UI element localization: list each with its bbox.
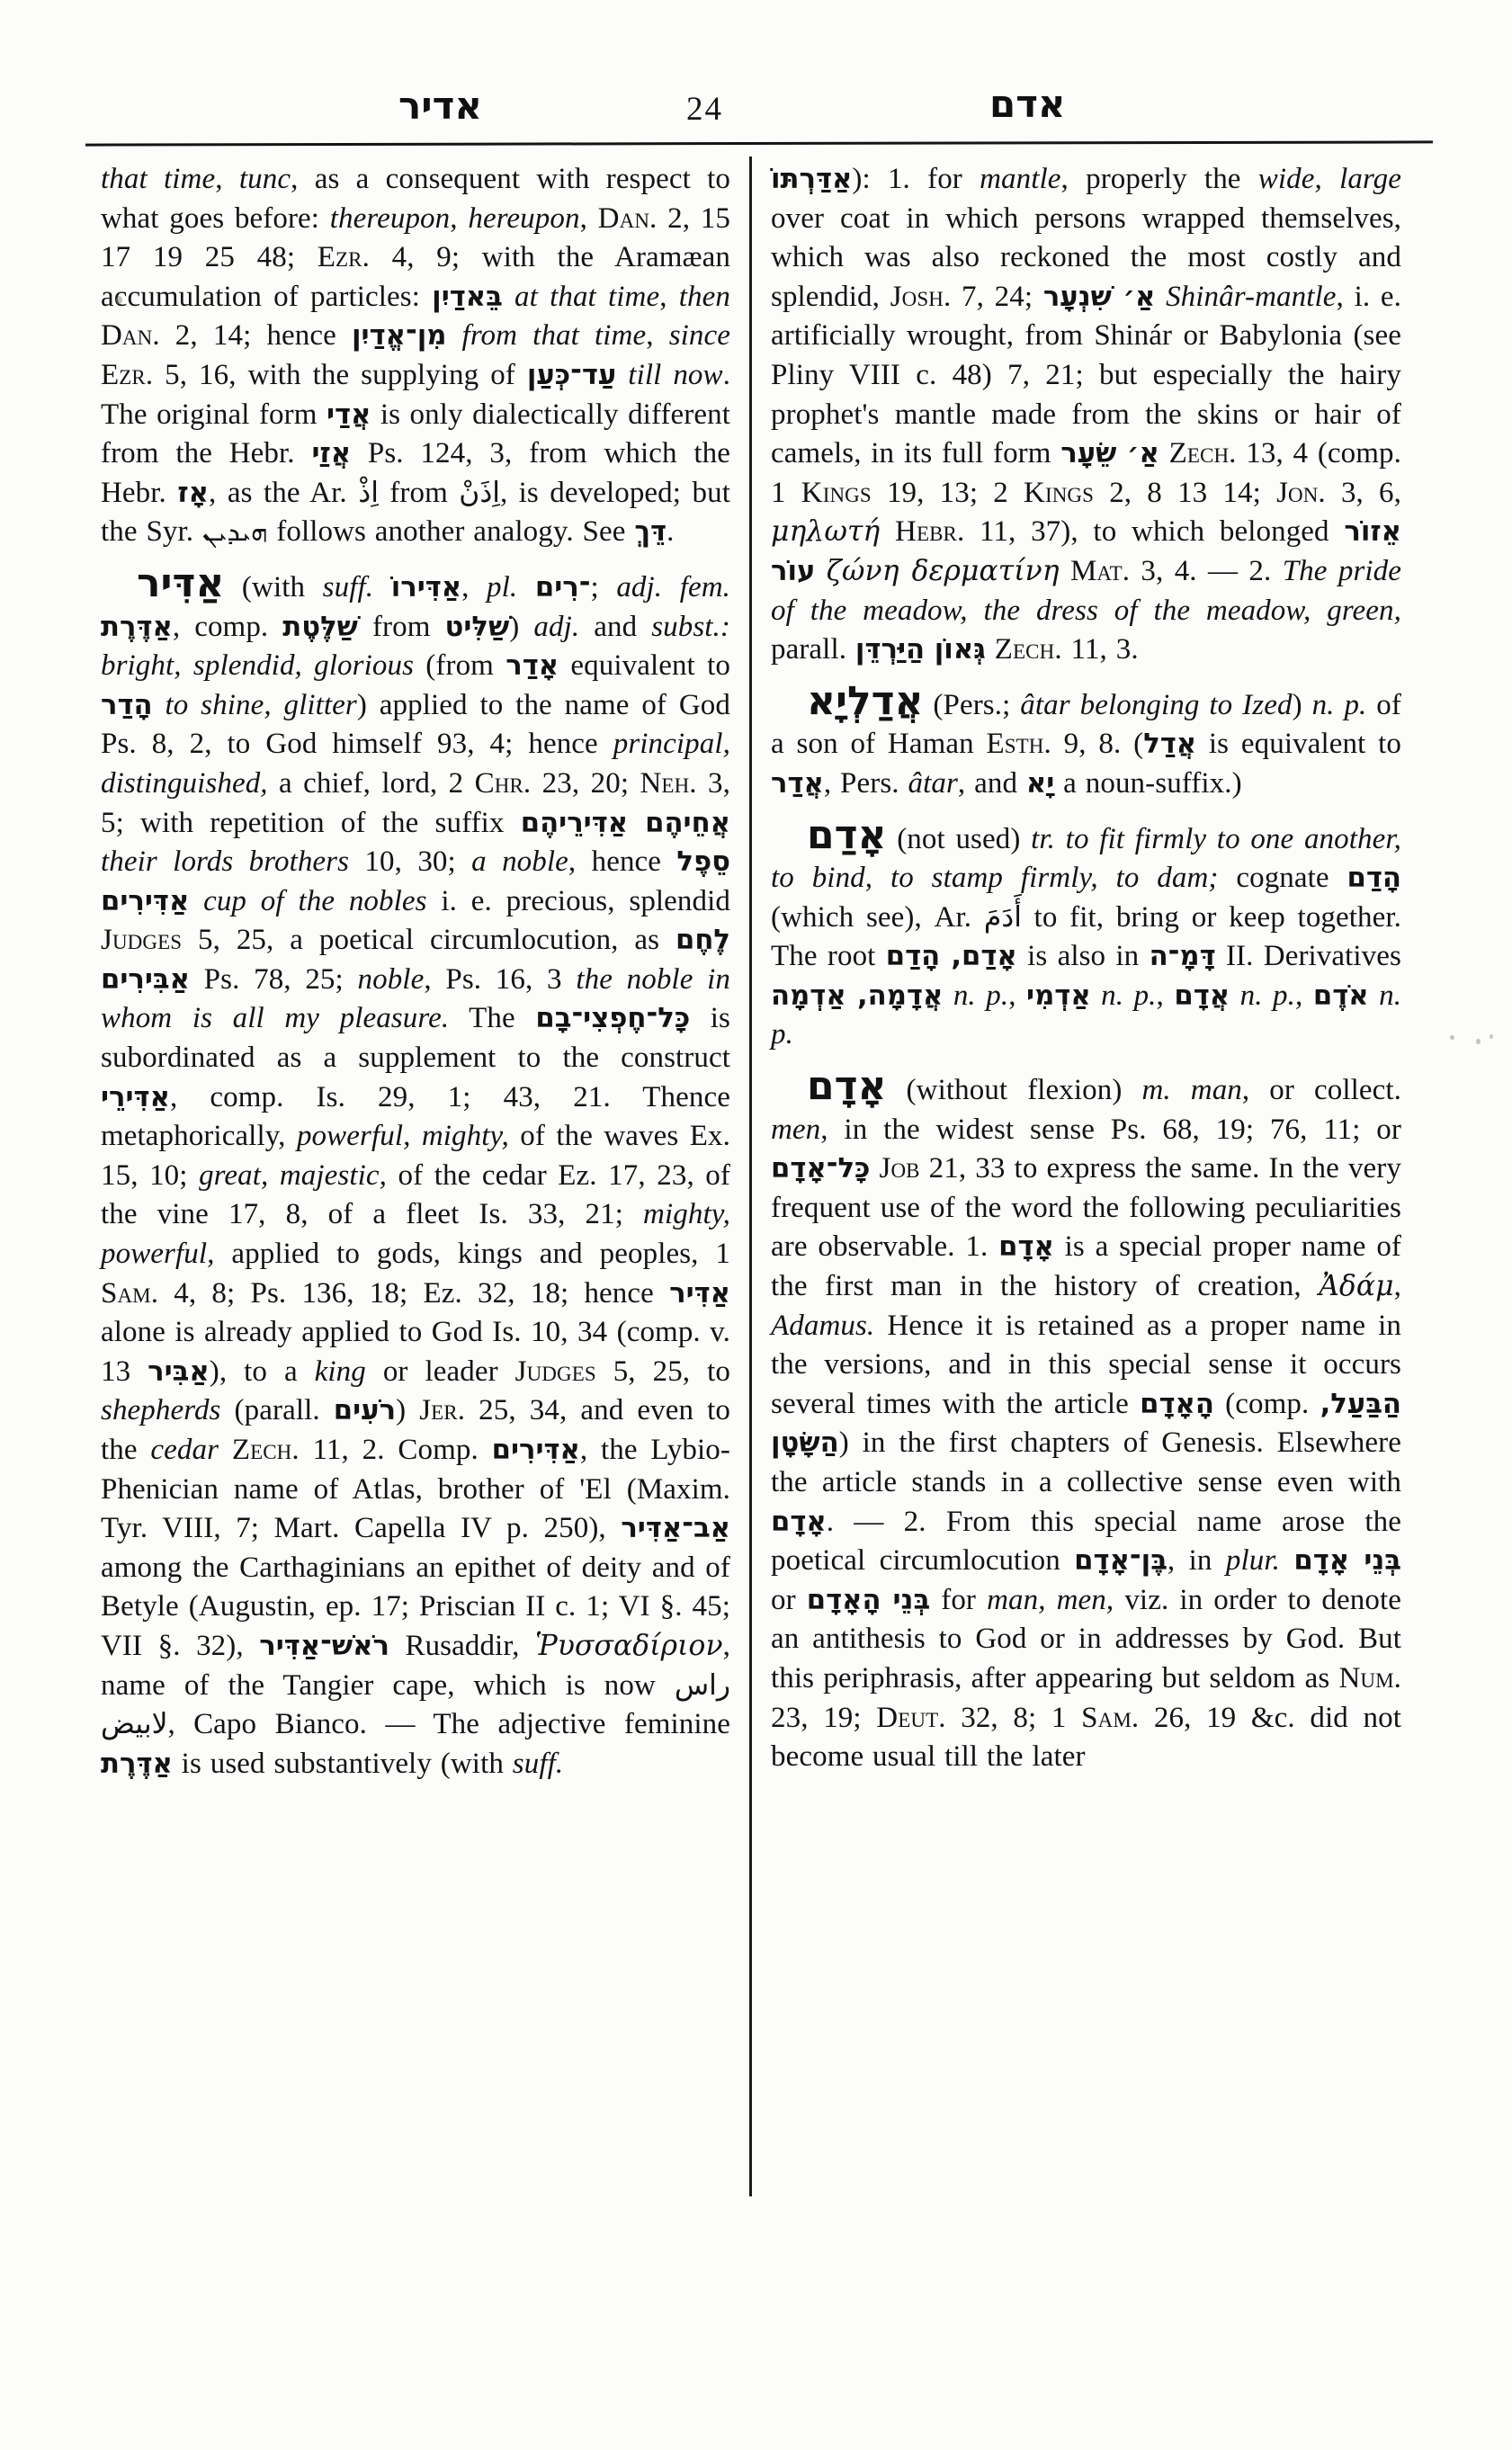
hebrew-word: אַדֶּרֶת <box>101 1748 173 1780</box>
running-head-right-keyword: אדם <box>989 82 1066 126</box>
text-run <box>1139 862 1157 894</box>
hebrew-word: אֲדַל <box>1143 729 1196 760</box>
hebrew-headword: אֲדַלְיָא <box>807 678 924 724</box>
book-reference: Neh. <box>640 767 697 800</box>
text-run: suff. <box>323 571 373 604</box>
text-run: is used substantively (with <box>173 1748 513 1780</box>
text-run: 3, 4. — 2. <box>1130 555 1283 587</box>
hebrew-word: אָדַם, הָדַם <box>886 941 1017 972</box>
book-reference: Judges <box>515 1355 596 1388</box>
book-reference: Job <box>880 1152 920 1185</box>
hebrew-word: אָדָם <box>771 1507 827 1538</box>
text-run: subst.: <box>651 611 730 643</box>
text-run: 9, 8. ( <box>1051 728 1143 760</box>
hebrew-word: אָדַר <box>505 650 559 682</box>
hebrew-word: אָז <box>177 478 209 509</box>
text-run: till now <box>628 359 722 391</box>
text-run: pl. <box>487 571 517 604</box>
text-run: , <box>659 281 679 313</box>
book-reference: Chr. <box>475 767 532 800</box>
text-run <box>153 689 166 721</box>
text-run: , in the widest sense Ps. 68, 19; 76, 11… <box>820 1113 1401 1146</box>
text-run: i. e. precious, splendid <box>427 885 730 917</box>
scan-speck <box>1476 1039 1481 1044</box>
text-run: men <box>771 1113 820 1146</box>
book-reference: Josh. <box>890 281 952 313</box>
text-run: , <box>646 319 668 352</box>
scan-speck <box>1490 1034 1493 1039</box>
hebrew-word: הָאָדָם <box>1140 1389 1214 1420</box>
text-run: The <box>449 1002 535 1034</box>
syriac-word: ܗܝܕܝܢ <box>202 516 268 548</box>
header-rule <box>85 140 1433 146</box>
text-run: n. p. <box>953 979 1008 1012</box>
text-run: âtar <box>908 767 958 800</box>
text-run: plur. <box>1226 1544 1280 1577</box>
hebrew-word: אַדִּיר <box>669 1278 730 1310</box>
text-run: (Pers.; <box>924 689 1021 721</box>
hebrew-word: שַׁלֶּטֶת <box>282 612 358 643</box>
text-run: n. p. <box>1312 689 1367 721</box>
entry-paragraph: אֲדַלְיָא (Pers.; âtar belonging to Ized… <box>771 682 1401 804</box>
text-run: Adamus. <box>771 1310 874 1342</box>
text-run: (not used) <box>887 823 1032 855</box>
text-run: , <box>1394 1270 1401 1302</box>
text-run: , and <box>958 767 1026 800</box>
book-reference: Kings <box>801 477 872 509</box>
text-run: , as the Ar. <box>209 477 358 509</box>
text-run: equivalent to <box>559 649 730 682</box>
book-reference: Jer. <box>419 1394 465 1426</box>
greek-word: μηλωτή <box>771 515 880 548</box>
hebrew-word: רֹעִים <box>334 1395 396 1426</box>
hebrew-word: אָדָם <box>998 1231 1054 1263</box>
hebrew-word: אַדִּירוֹ <box>391 572 461 604</box>
text-run: , Pers. <box>824 767 908 800</box>
text-run: ) in the first chapters of Genesis. Else… <box>771 1426 1401 1498</box>
text-run: (parall. <box>221 1394 334 1426</box>
text-run <box>815 555 826 587</box>
text-run: 3, 6, <box>1326 477 1401 509</box>
text-run <box>1369 979 1379 1012</box>
text-run: , Ps. 16, 3 <box>424 963 576 996</box>
text-run: , <box>1157 979 1175 1012</box>
text-run: , <box>461 571 487 604</box>
text-run: n. p. <box>1101 979 1156 1012</box>
hebrew-word: בְּנֵי אָדָם <box>1293 1545 1401 1577</box>
text-run: king <box>315 1355 366 1388</box>
text-run: 2, 14; hence <box>160 319 352 352</box>
hebrew-headword: אָדַם <box>807 812 887 858</box>
text-run: cognate <box>1219 862 1347 894</box>
text-run: 11, 2. Comp. <box>300 1434 492 1466</box>
text-run: great, majestic, <box>199 1159 387 1192</box>
book-reference: Deut. <box>876 1702 945 1734</box>
entry-paragraph: אָדָם (without flexion) m. man, or colle… <box>771 1067 1401 1777</box>
text-run: noble <box>358 963 425 996</box>
text-run: 19, 13; 2 <box>872 477 1024 509</box>
text-run: 5, 25, to <box>596 1355 730 1388</box>
arabic-word: اِذْ <box>358 477 379 509</box>
text-run: 2, 8 13 14; <box>1094 477 1276 509</box>
text-run: , <box>215 163 239 195</box>
text-run: applied to gods, kings and peoples, 1 <box>215 1238 731 1270</box>
text-run: ) <box>396 1394 419 1426</box>
hebrew-word: יָא <box>1026 768 1054 800</box>
page-number: 24 <box>686 90 723 129</box>
text-run: , <box>1008 979 1026 1012</box>
text-run: and <box>579 611 651 643</box>
text-run: mantle <box>980 163 1060 195</box>
hebrew-word: אַדְמִי <box>1026 980 1091 1012</box>
hebrew-word: אֲדָם <box>1174 980 1230 1012</box>
scan-speck <box>116 296 122 304</box>
text-run: . <box>667 515 674 548</box>
text-run <box>446 319 461 352</box>
scan-speck <box>1450 1035 1454 1040</box>
hebrew-word: אַב־אַדִּיר <box>621 1513 730 1544</box>
text-run: for <box>930 1584 987 1616</box>
hebrew-word: בְּנֵי הָאָדָם <box>807 1585 930 1616</box>
text-run: , <box>580 202 598 235</box>
text-run: , comp. <box>173 611 282 643</box>
text-run: (which see), Ar. <box>771 901 984 934</box>
text-run: 4, 8; Ps. 136, 18; Ez. 32, 18; hence <box>158 1277 669 1310</box>
hebrew-word: כָּל־חֶפְצִי־בָם <box>535 1003 690 1034</box>
text-run: Ps. 78, 25; <box>190 963 358 996</box>
text-run <box>1159 437 1169 469</box>
hebrew-word: דָּמָ־ה <box>1150 941 1216 972</box>
text-run: 11, 3. <box>1062 633 1139 666</box>
text-run: or leader <box>366 1355 515 1388</box>
book-reference: Kings <box>1024 477 1094 509</box>
text-run: âtar belonging to Ized <box>1020 689 1292 721</box>
hebrew-word: רֹאשׁ־אַדִּיר <box>259 1631 389 1662</box>
greek-word: Ἀδάμ <box>1319 1270 1393 1302</box>
book-reference: Dan. <box>101 319 160 352</box>
text-run: suff. <box>513 1748 563 1780</box>
text-run: II. Derivatives <box>1216 940 1401 972</box>
hebrew-word: אֲחֵיהֶם אַדִּירֵיהֶם <box>521 808 730 839</box>
book-reference: Zech. <box>995 633 1062 666</box>
text-run: 7, 24; <box>951 281 1043 313</box>
hebrew-word: אַ׳ שִׁנְעָר <box>1043 282 1156 313</box>
hebrew-word: אֲזַי <box>311 438 351 469</box>
book-reference: Zech. <box>1169 437 1237 469</box>
left-column: that time, tunc, as a consequent with re… <box>101 160 730 1784</box>
hebrew-word: גְּאוֹן הַיַּרְדֵּן <box>855 634 986 666</box>
text-run: to shine, glitter <box>165 689 356 721</box>
hebrew-word: שַׁלִּיט <box>445 612 510 643</box>
text-run: ): 1. for <box>852 163 980 195</box>
text-run: ), to a <box>210 1355 315 1388</box>
entry-paragraph: אָדַם (not used) tr. to fit firmly to on… <box>771 816 1401 1056</box>
hebrew-word: אַדַּרְתּוֹ <box>771 164 852 195</box>
hebrew-word: מִן־אֱדַיִן <box>352 320 446 352</box>
text-run: dam; <box>1157 862 1218 894</box>
hebrew-headword: אַדִּיר <box>137 560 224 606</box>
text-run <box>1230 979 1239 1012</box>
text-run: , <box>450 202 468 235</box>
hebrew-word: בֶּן־אָדָם <box>1074 1545 1168 1577</box>
text-run: a chief, lord, 2 <box>268 767 475 800</box>
hebrew-word: אַדִּירִים <box>492 1435 580 1466</box>
book-reference: Zech. <box>232 1434 300 1466</box>
text-run: cedar <box>150 1434 219 1466</box>
text-run <box>616 359 628 391</box>
text-run <box>943 979 953 1012</box>
hebrew-word: ־רִים <box>535 572 591 604</box>
text-run <box>219 1434 232 1466</box>
text-run: , properly the <box>1061 163 1258 195</box>
text-run: powerful, mighty, <box>297 1120 509 1152</box>
hebrew-word: אֹדֶם <box>1313 980 1369 1012</box>
text-run: their lords brothers <box>101 845 349 878</box>
text-run: 5, 16, with the supplying of <box>153 359 527 391</box>
text-run: (comp. <box>1214 1388 1320 1420</box>
book-reference: Mat. <box>1070 555 1130 587</box>
text-run: adj. fem. <box>616 571 730 604</box>
running-head-left-keyword: אדיר <box>398 84 482 128</box>
text-run <box>1060 555 1070 587</box>
text-run: since <box>669 319 730 352</box>
text-run <box>986 633 995 666</box>
text-run: 10, 30; <box>349 845 471 878</box>
text-run: tunc <box>239 163 291 195</box>
column-divider <box>749 156 752 2196</box>
hebrew-word: אַ׳ שֵׂעָר <box>1060 438 1159 469</box>
hebrew-word: אַבִּיר <box>148 1356 210 1388</box>
text-run <box>517 571 535 604</box>
text-run: from <box>358 611 445 643</box>
text-run: parall. <box>771 633 855 666</box>
book-reference: Sam. <box>1081 1702 1139 1734</box>
text-run: (from <box>414 649 505 682</box>
book-reference: Dan. <box>598 202 658 235</box>
book-reference: Sam. <box>101 1277 158 1310</box>
greek-word: ζώνη δερματίνη <box>827 555 1060 587</box>
text-run: 23, 20; <box>531 767 640 800</box>
greek-word: Ῥυσσαδίριον <box>535 1630 723 1662</box>
hebrew-word: אֲדַי <box>327 399 371 431</box>
book-reference: Ezr. <box>318 241 370 273</box>
hebrew-word: אֲדָמָה, אַדְמָה <box>771 980 943 1012</box>
text-run <box>503 281 514 313</box>
text-run: , or collect. <box>1242 1074 1401 1106</box>
text-run: or <box>771 1584 807 1616</box>
text-run: that time <box>101 163 215 195</box>
book-reference: Judges <box>101 924 182 956</box>
continuation-paragraph: that time, tunc, as a consequent with re… <box>101 160 730 552</box>
text-run <box>1280 1544 1293 1577</box>
text-run: a noun-suffix.) <box>1054 767 1241 800</box>
text-run <box>1091 979 1101 1012</box>
book-reference: Esth. <box>987 728 1051 760</box>
text-run: man, men, <box>987 1584 1114 1616</box>
text-run: (without flexion) <box>887 1074 1142 1106</box>
text-run: , hence <box>568 845 676 878</box>
book-reference: Num. <box>1338 1662 1401 1694</box>
hebrew-word: אַדֶּרֶת <box>101 612 173 643</box>
text-run <box>373 571 391 604</box>
text-run: adj. <box>533 611 579 643</box>
book-reference: Ezr. <box>101 359 153 391</box>
text-run: shepherds <box>101 1394 221 1426</box>
continuation-paragraph: אַדַּרְתּוֹ): 1. for mantle, properly th… <box>771 160 1401 670</box>
text-run <box>870 1152 879 1185</box>
text-run: ) <box>1293 689 1312 721</box>
text-run <box>189 885 203 917</box>
text-run: , in <box>1168 1544 1226 1577</box>
text-run: from <box>379 477 459 509</box>
text-run: hereupon <box>468 202 579 235</box>
entry-paragraph: אַדִּיר (with suff. אַדִּירוֹ, pl. ־רִים… <box>101 564 730 1784</box>
arabic-word: اِذَنْ <box>459 477 500 509</box>
text-run: n. p. <box>1240 979 1295 1012</box>
right-column: אַדַּרְתּוֹ): 1. for mantle, properly th… <box>771 160 1401 1777</box>
hebrew-word: אַדִּירֵי <box>101 1082 170 1113</box>
text-run: ) <box>509 611 533 643</box>
text-run: 11, 37), to which belonged <box>964 515 1344 548</box>
hebrew-word: עַד־כְּעַן <box>527 360 616 391</box>
text-run: cup of the nobles <box>203 885 427 917</box>
hebrew-word: הָדַם <box>1347 863 1402 894</box>
arabic-word: أَدَمَ <box>984 901 1022 934</box>
text-run: (with <box>224 571 322 604</box>
hebrew-word: כָּל־אָדָם <box>771 1153 870 1185</box>
text-run: from that time <box>462 319 647 352</box>
text-run: m. man <box>1141 1074 1241 1106</box>
book-reference: Jon. <box>1276 477 1326 509</box>
text-run: , Capo Bianco. — The adjective feminine <box>167 1708 730 1740</box>
text-run <box>880 515 895 548</box>
text-run: wide, large <box>1258 163 1401 195</box>
text-run: bright, splendid, glorious <box>101 649 414 682</box>
text-run: 32, 8; 1 <box>946 1702 1082 1734</box>
text-run: thereupon <box>330 202 450 235</box>
text-run: Rusaddir, <box>389 1630 535 1662</box>
text-run: follows another analogy. See <box>268 515 635 548</box>
text-run: 5, 25, a poetical circumlocution, as <box>182 924 675 956</box>
hebrew-headword: אָדָם <box>807 1063 887 1109</box>
book-reference: Hebr. <box>895 515 964 548</box>
text-run: then <box>679 281 730 313</box>
text-run: 23, 19; <box>771 1702 876 1734</box>
hebrew-word: בֵּאדַיִן <box>432 282 503 313</box>
text-run: at that time <box>514 281 659 313</box>
text-run: ; <box>590 571 616 604</box>
hebrew-word: הָדַר <box>101 690 153 721</box>
text-run: is also in <box>1017 940 1150 972</box>
text-run: is equivalent to <box>1196 728 1401 760</box>
text-run <box>1155 281 1166 313</box>
text-run: , <box>1295 979 1313 1012</box>
hebrew-word: אֲדַר <box>771 768 824 800</box>
hebrew-word: דֵּךְ <box>634 516 667 548</box>
text-run: a noble <box>471 845 568 878</box>
dictionary-page-scan: אדיר 24 אדם that time, tunc, as a conseq… <box>0 0 1512 2450</box>
text-run: Shinâr-mantle <box>1166 281 1336 313</box>
